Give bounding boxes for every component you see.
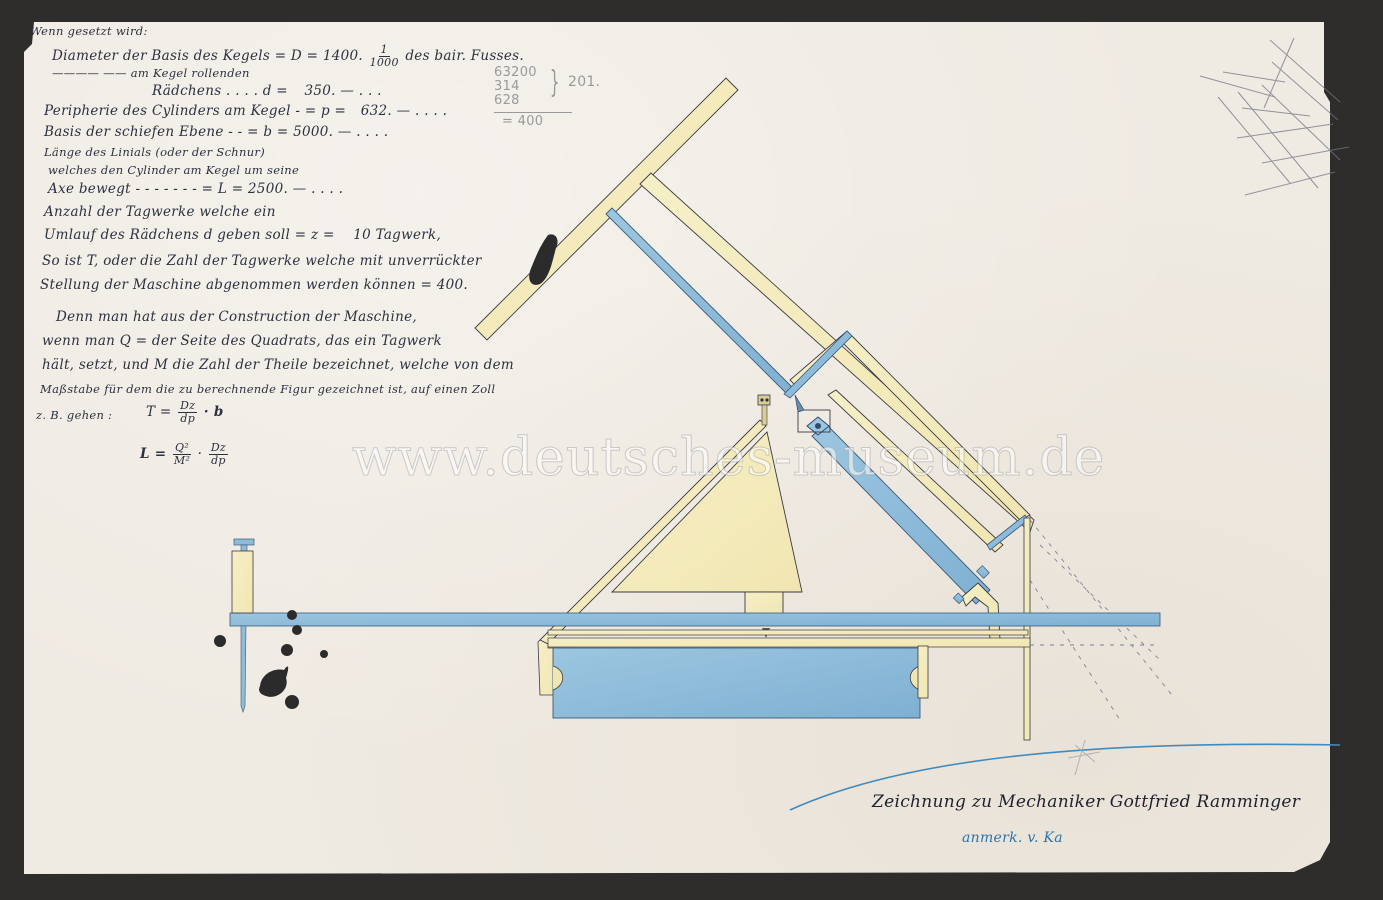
base-block	[553, 648, 920, 718]
signature-annotation: anmerk. v. Ka	[962, 830, 1063, 846]
frame-end-bracket	[987, 515, 1028, 550]
note-line-machine-position: Stellung der Maschine abgenommen werden …	[40, 277, 468, 293]
notes-heading: Wenn gesetzt wird:	[30, 24, 148, 38]
pencil-calc-total: = 400	[494, 112, 572, 129]
fraction: Dzdp	[178, 400, 197, 425]
t-square-blade	[640, 173, 1034, 532]
note-line-so-ist-t: So ist T, oder die Zahl der Tagwerke wel…	[42, 253, 482, 269]
pencil-scribble-marks	[1200, 38, 1349, 195]
note-unit: — . . . .	[397, 103, 448, 119]
note-symbol: = b =	[247, 124, 288, 140]
unit-fraction: 11000	[370, 44, 399, 69]
pencil-calc-row: 314	[494, 80, 572, 94]
rod-pointer	[795, 395, 804, 412]
fraction: Dzdp	[209, 442, 228, 467]
note-unit: — . . . .	[338, 124, 389, 140]
note-unit: — . . .	[340, 83, 381, 99]
note-line-periphery: Peripherie des Cylinders am Kegel - = p …	[44, 103, 447, 119]
paragraph-line-1: Denn man hat aus der Construction der Ma…	[56, 309, 417, 325]
pencil-brace: }	[550, 68, 560, 98]
faint-pencil-sketch	[1068, 740, 1100, 775]
pencil-calc-row: 63200	[494, 66, 572, 80]
note-line-wheel-heading: ———— —— am Kegel rollenden	[52, 66, 250, 80]
pencil-calculation: 63200 314 628 = 400	[494, 66, 572, 129]
pencil-bracket-result: 201.	[568, 74, 600, 90]
note-line-cylinder-axis: welches den Cylinder am Kegel um seine	[48, 163, 299, 177]
note-symbol: = L =	[202, 181, 244, 197]
note-symbol: = z =	[295, 227, 335, 243]
note-symbol: =	[420, 277, 432, 293]
note-label: Diameter der Basis des Kegels	[52, 48, 270, 64]
note-label: Rädchens . . . .	[152, 83, 258, 99]
note-value: 10	[353, 227, 371, 243]
base-frame-right	[918, 646, 928, 698]
note-label: Basis der schiefen Ebene - -	[44, 124, 243, 140]
signature-main: Zeichnung zu Mechaniker Gottfried Rammin…	[872, 792, 1300, 812]
note-label: Umlauf des Rädchens d geben soll	[44, 227, 290, 243]
note-symbol: = p =	[305, 103, 346, 119]
note-symbol: d =	[263, 83, 288, 99]
note-unit: — . . . .	[293, 181, 344, 197]
base-rail-upper	[548, 630, 1028, 635]
note-value: 2500.	[248, 181, 288, 197]
bracket-nut-bottom	[953, 593, 964, 604]
cone-stem	[745, 592, 783, 614]
fraction: Q²M²	[173, 442, 191, 467]
note-line-wheel: Rädchens . . . . d = 350. — . . .	[152, 83, 382, 99]
note-line-axis-moved: Axe bewegt - - - - - - - = L = 2500. — .…	[48, 181, 343, 197]
note-line-incline-base: Basis der schiefen Ebene - - = b = 5000.…	[44, 124, 388, 140]
pencil-calc-row: 628	[494, 94, 572, 108]
right-vertical-post	[1024, 518, 1030, 740]
note-value: 400.	[437, 277, 468, 293]
note-value: 5000.	[293, 124, 333, 140]
note-unit: Tagwerk,	[376, 227, 442, 243]
note-value: 350.	[305, 83, 336, 99]
cone-body	[612, 432, 802, 592]
formula-t: T = Dzdp · b	[146, 400, 224, 425]
note-value: 632.	[361, 103, 392, 119]
base-rail-lower	[548, 638, 1030, 647]
note-label: Peripherie des Cylinders am Kegel -	[44, 103, 300, 119]
note-label: Axe bewegt - - - - - - -	[48, 181, 197, 197]
paragraph-line-4: Maßstabe für dem die zu berechnende Figu…	[40, 382, 495, 396]
note-value: 1400.	[323, 48, 363, 64]
note-line-revolution: Umlauf des Rädchens d geben soll = z = 1…	[44, 227, 441, 243]
note-unit: des bair. Fusses.	[405, 48, 524, 64]
paragraph-line-3: hält, setzt, und M die Zahl der Theile b…	[42, 357, 514, 373]
note-label: Stellung der Maschine abgenommen werden …	[40, 277, 416, 293]
paragraph-line-5: z. B. gehen :	[36, 408, 112, 422]
note-line-daywork-count: Anzahl der Tagwerke welche ein	[44, 204, 276, 220]
horizontal-rail	[230, 613, 1160, 626]
bracket-nut-top	[977, 566, 990, 579]
note-symbol: = D =	[275, 48, 319, 64]
formula-l: L = Q²M² · Dzdp	[140, 442, 230, 467]
paragraph-line-2: wenn man Q = der Seite des Quadrats, das…	[42, 333, 442, 349]
note-line-ruler-length: Länge des Linials (oder der Schnur)	[44, 145, 265, 159]
